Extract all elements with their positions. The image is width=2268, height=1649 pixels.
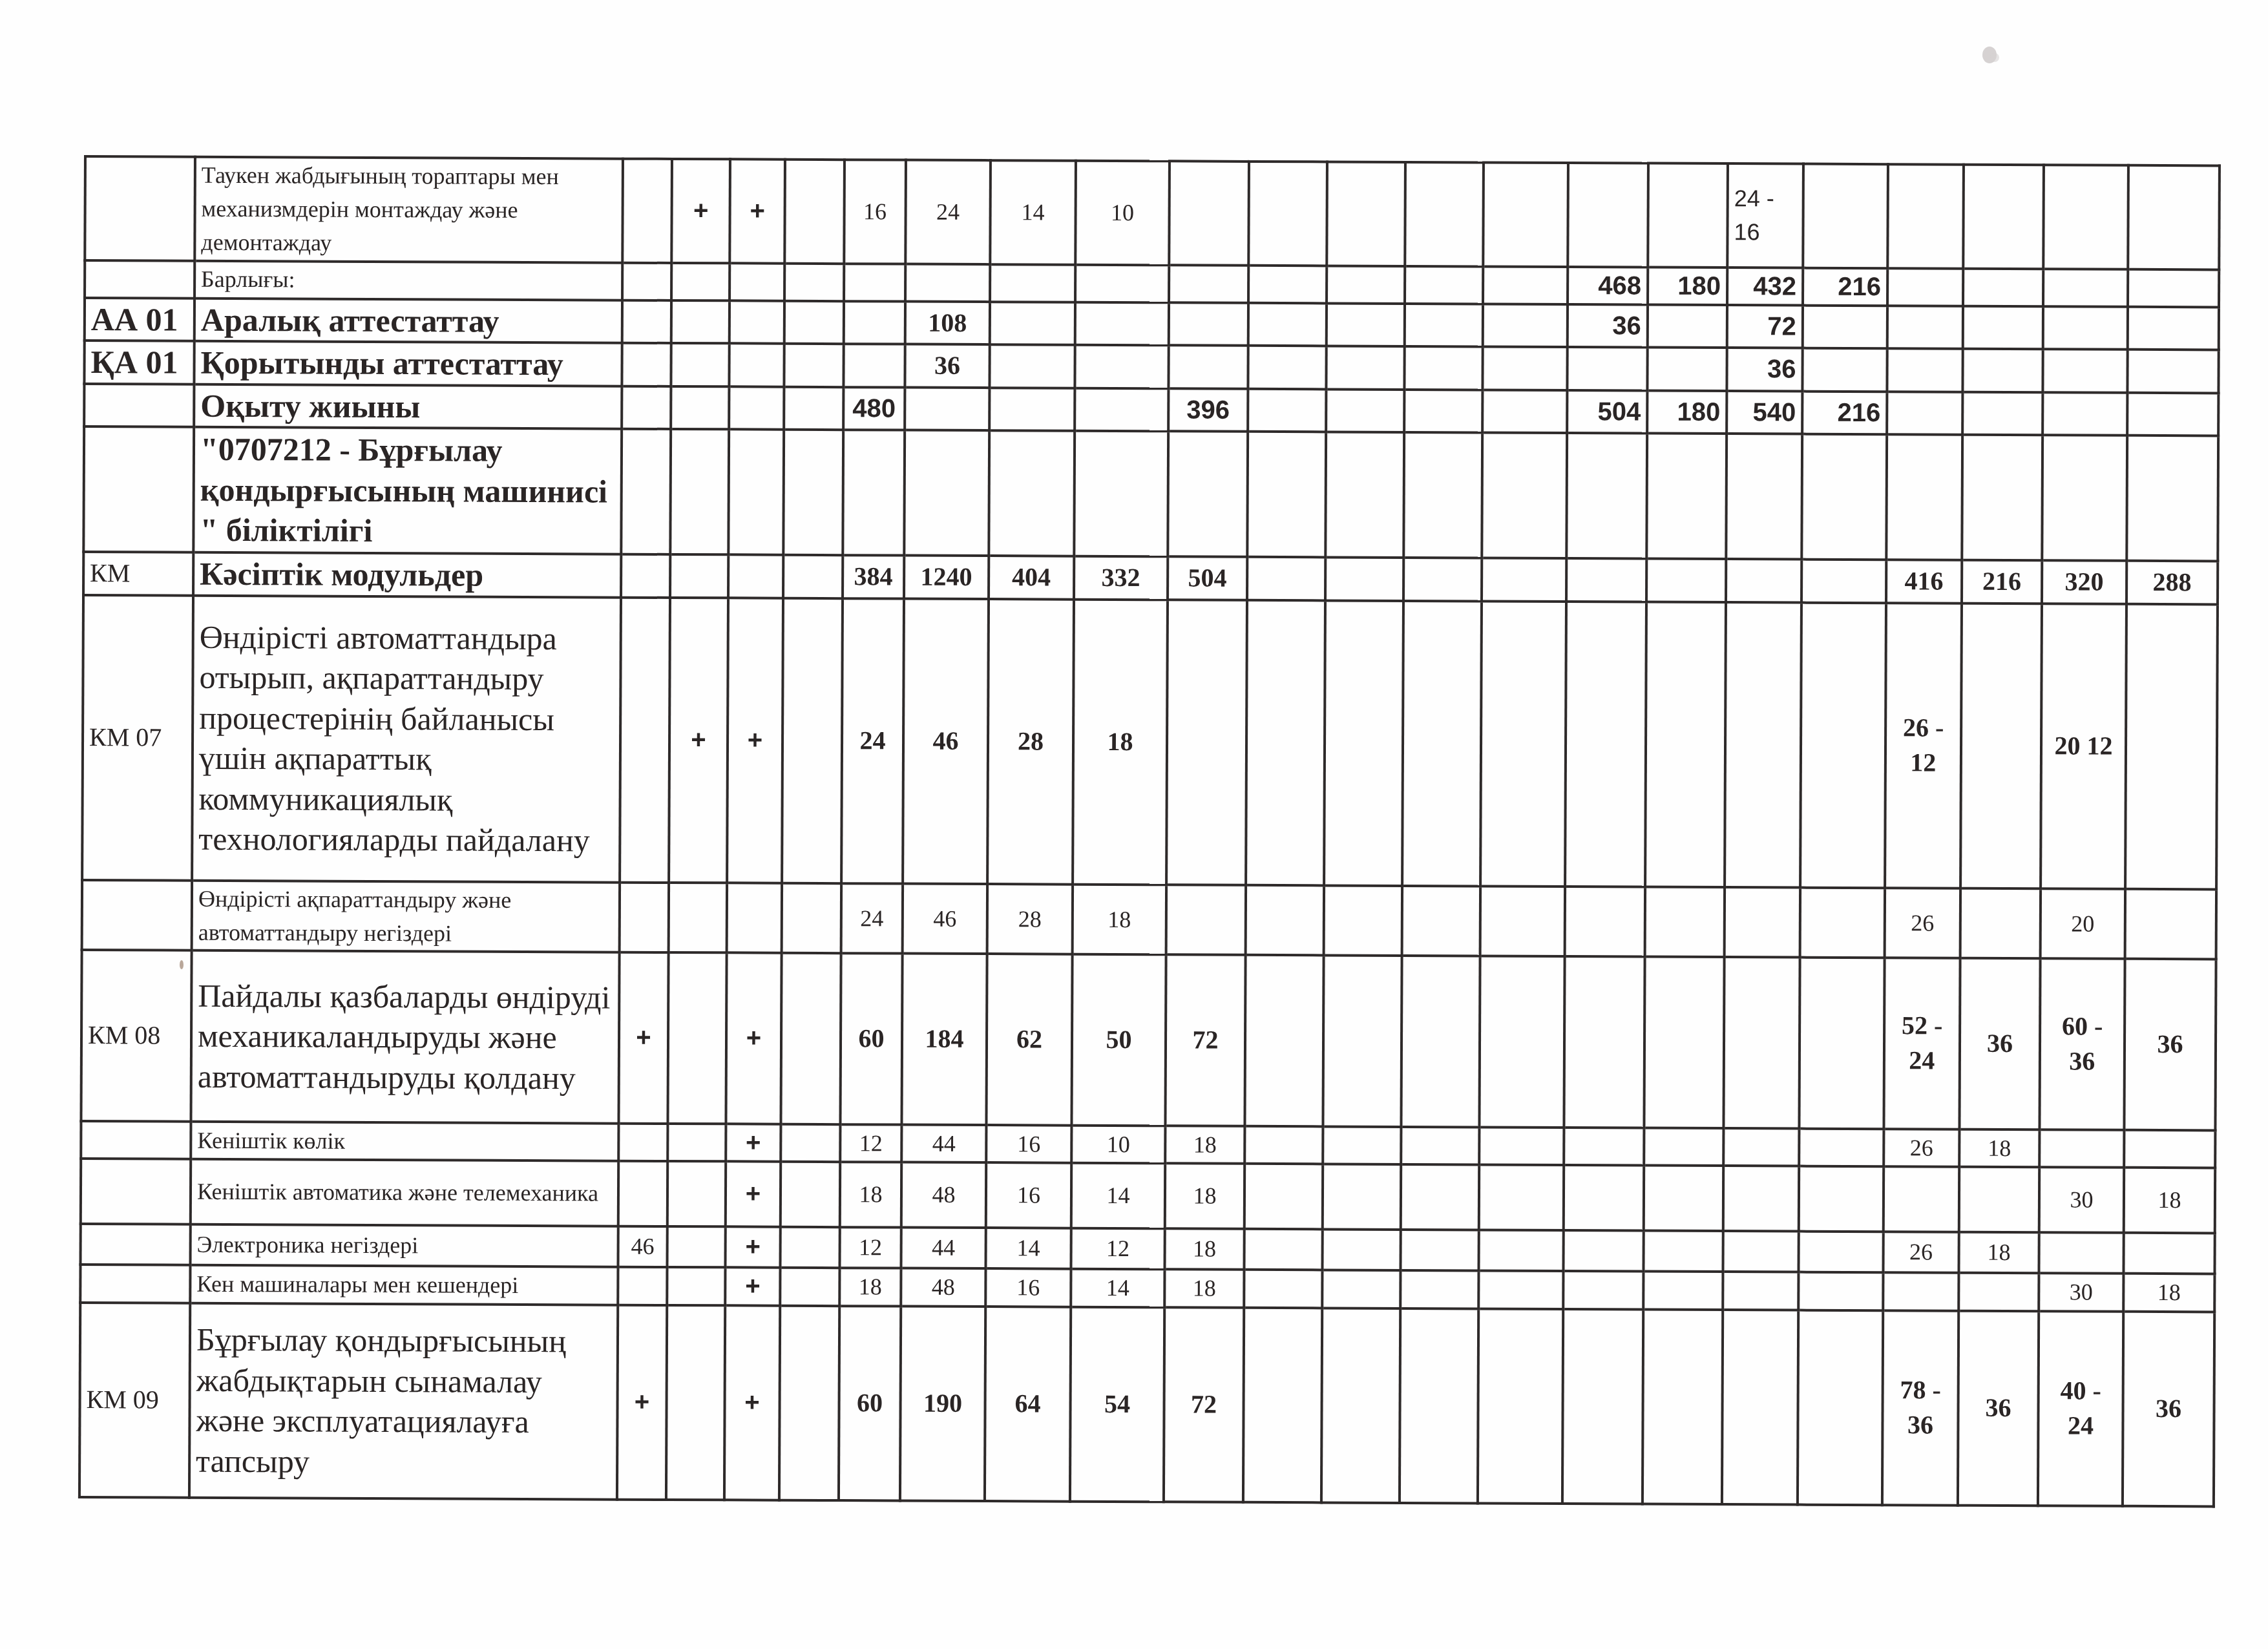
hours-cell <box>2125 888 2216 959</box>
module-name: Өндірісті ақпараттандыру және автоматтан… <box>192 880 620 952</box>
hours-cell <box>1565 887 1645 957</box>
hours-cell <box>1887 268 1963 306</box>
hours-cell <box>2125 604 2218 889</box>
hours-cell <box>2128 165 2220 269</box>
hours-cell <box>1801 560 1886 603</box>
hours-cell: 72 <box>1165 954 1245 1126</box>
hours-cell <box>622 386 671 429</box>
hours-cell <box>1646 434 1727 560</box>
hours-cell <box>1247 432 1326 558</box>
hours-cell <box>1563 1230 1643 1272</box>
hours-cell: 24 <box>841 598 904 883</box>
hours-cell <box>779 1306 839 1500</box>
hours-cell <box>729 386 784 430</box>
plus-mark-cell: + <box>726 1161 781 1226</box>
hours-cell: 10 <box>1075 161 1170 265</box>
hours-cell: 396 <box>1168 388 1248 432</box>
table-row: КМ 07Өндірісті автоматтандыра отырып, ақ… <box>82 595 2218 889</box>
hours-cell <box>1323 955 1402 1127</box>
hours-cell <box>1482 558 1566 602</box>
hours-cell <box>1323 1126 1401 1164</box>
hours-cell <box>1960 888 2041 958</box>
hours-cell <box>1248 265 1327 303</box>
hours-cell <box>782 883 841 953</box>
hours-cell: 404 <box>989 556 1074 599</box>
hours-cell <box>2126 436 2218 562</box>
hours-cell <box>621 429 671 554</box>
hours-cell: 18 <box>839 1268 901 1306</box>
module-name: Пайдалы қазбаларды өндіруді механикаланд… <box>191 951 619 1124</box>
plus-mark-cell: + <box>669 598 728 883</box>
plus-mark-cell: + <box>727 598 783 883</box>
hours-cell: 190 <box>900 1306 985 1501</box>
table-row: КМ 08Пайдалы қазбаларды өндіруді механик… <box>81 950 2216 1130</box>
hours-cell: 16 <box>986 1162 1071 1228</box>
table-row: Таукен жабдығының тораптары мен механизм… <box>85 156 2220 269</box>
hours-cell <box>844 264 905 301</box>
hours-cell <box>1402 885 1480 956</box>
table-row: Кеніштік автоматика және телемеханика+18… <box>81 1159 2215 1233</box>
hours-cell <box>1567 347 1647 390</box>
hours-cell <box>905 387 989 430</box>
hours-cell: 14 <box>990 160 1076 264</box>
hours-cell <box>1480 601 1566 887</box>
hours-cell <box>1405 266 1483 304</box>
hours-cell <box>1962 392 2042 435</box>
plus-mark-cell: + <box>725 1267 780 1305</box>
hours-cell: 26 <box>1883 1232 1958 1273</box>
hours-cell <box>1324 600 1403 886</box>
hours-cell <box>1887 392 1962 435</box>
plus-mark-cell: + <box>730 159 785 263</box>
hours-cell: 180 <box>1647 390 1727 434</box>
hours-cell: 16 <box>985 1268 1071 1307</box>
plus-mark-cell: + <box>618 952 668 1124</box>
hours-cell: 14 <box>1071 1163 1165 1229</box>
hours-cell: 24 <box>905 160 991 264</box>
hours-cell <box>1400 1230 1478 1271</box>
hours-cell <box>1800 887 1885 958</box>
hours-cell <box>728 554 783 598</box>
hours-cell: 180 <box>1648 267 1727 305</box>
hours-cell: 12 <box>840 1124 901 1162</box>
hours-cell: 384 <box>843 555 904 598</box>
hours-cell <box>989 344 1075 388</box>
hours-cell <box>1248 162 1327 266</box>
module-name: Кәсіптік модульдер <box>193 552 621 597</box>
hours-cell <box>1645 887 1725 957</box>
hours-cell <box>1169 265 1248 303</box>
hours-cell <box>1402 600 1482 886</box>
hours-cell <box>1644 1128 1723 1166</box>
hours-cell <box>1802 348 1887 392</box>
hours-cell <box>666 1305 725 1500</box>
hours-cell <box>1479 1127 1564 1165</box>
hours-cell <box>1075 388 1168 431</box>
hours-cell <box>1244 1164 1323 1230</box>
hours-cell <box>1166 885 1246 955</box>
module-code: КМ <box>83 552 193 595</box>
hours-cell: 36 <box>1727 348 1802 391</box>
hours-cell <box>781 953 841 1124</box>
hours-cell <box>1403 432 1482 558</box>
hours-cell <box>730 300 784 344</box>
hours-cell <box>1244 1229 1322 1270</box>
hours-cell <box>1482 433 1567 559</box>
hours-cell <box>1962 435 2042 561</box>
hours-cell <box>671 343 729 386</box>
hours-cell <box>1648 304 1727 348</box>
module-code: КМ 07 <box>82 595 193 881</box>
hours-cell <box>1723 1166 1799 1232</box>
plus-mark-cell: + <box>725 1226 780 1267</box>
hours-cell: 18 <box>840 1162 901 1227</box>
hours-cell <box>1075 264 1169 302</box>
hours-cell <box>1963 306 2043 349</box>
hours-cell <box>1648 163 1728 268</box>
hours-cell <box>618 1124 667 1161</box>
hours-cell: 14 <box>985 1228 1071 1269</box>
hours-cell <box>1644 956 1724 1128</box>
hours-cell: 36 <box>905 344 989 388</box>
hours-cell: 36 <box>2123 1312 2214 1507</box>
hours-cell <box>1168 345 1248 388</box>
hours-cell: 1240 <box>904 556 989 599</box>
hours-cell <box>1723 957 1800 1129</box>
hours-cell: 36 <box>1958 1311 2039 1506</box>
module-name: Бұрғылау қондырғысының жабдықтарын сынам… <box>189 1303 618 1500</box>
hours-cell <box>1247 557 1325 600</box>
hours-cell <box>1483 266 1568 304</box>
hours-cell <box>1403 558 1482 601</box>
module-code <box>83 426 194 552</box>
hours-cell: 108 <box>905 301 990 344</box>
hours-cell: 18 <box>1164 1228 1244 1270</box>
hours-cell: 18 <box>1073 599 1168 885</box>
hours-cell <box>622 159 672 263</box>
hours-cell <box>1322 1229 1400 1270</box>
hours-cell <box>1962 349 2042 392</box>
hours-cell <box>2042 435 2127 561</box>
hours-cell <box>667 1124 726 1161</box>
plus-mark-cell: + <box>724 1305 780 1500</box>
module-code <box>82 880 192 951</box>
hours-cell <box>2043 306 2128 350</box>
hours-cell: 46 <box>903 598 989 884</box>
hours-cell: 504 <box>1567 390 1647 434</box>
module-name: Қорытынды аттестаттау <box>194 341 622 386</box>
hours-cell: 26 <box>1884 1129 1959 1167</box>
hours-cell <box>1887 164 1964 268</box>
module-name: "0707212 - Бұрғылау қондырғысының машини… <box>193 427 622 554</box>
hours-cell <box>781 1124 840 1162</box>
hours-cell <box>1725 602 1801 888</box>
hours-cell <box>1800 602 1886 888</box>
module-code <box>85 156 195 260</box>
hours-cell: 64 <box>985 1307 1071 1502</box>
hours-cell <box>1074 431 1168 557</box>
hours-cell <box>1563 1271 1643 1310</box>
hours-cell: 18 <box>1164 1269 1244 1308</box>
hours-cell: 216 <box>1962 560 2042 604</box>
hours-cell: 60 <box>839 1306 901 1500</box>
hours-cell <box>1246 600 1325 885</box>
hours-cell <box>1562 1309 1643 1504</box>
hours-cell: 540 <box>1727 391 1802 434</box>
hours-cell: 60 <box>840 953 902 1124</box>
plus-mark-cell: + <box>617 1305 667 1500</box>
hours-cell <box>1803 164 1888 268</box>
hours-cell <box>2127 392 2218 436</box>
hours-cell <box>620 597 670 882</box>
hours-cell <box>1404 346 1482 390</box>
hours-cell <box>990 302 1075 345</box>
hours-cell <box>1248 346 1326 389</box>
hours-cell <box>1168 431 1248 557</box>
hours-cell <box>1401 1127 1479 1165</box>
hours-cell <box>1327 162 1405 266</box>
hours-cell: 30 <box>2039 1273 2123 1312</box>
hours-cell <box>1643 1271 1723 1310</box>
table-row: "0707212 - Бұрғылау қондырғысының машини… <box>83 426 2218 561</box>
hours-cell <box>1643 1309 1723 1504</box>
module-code <box>80 1265 190 1303</box>
hours-cell <box>1565 602 1646 887</box>
hours-cell <box>622 300 671 343</box>
hours-cell: 18 <box>1073 884 1166 954</box>
hours-cell: 416 <box>1886 560 1962 603</box>
hours-cell <box>667 1267 725 1305</box>
hours-cell <box>1483 162 1568 266</box>
hours-cell <box>2128 306 2219 350</box>
hours-cell: 16 <box>844 160 906 264</box>
hours-cell <box>783 430 843 555</box>
hours-cell <box>1645 602 1726 887</box>
module-name: Электроника негіздері <box>191 1224 618 1267</box>
hours-cell <box>671 263 730 300</box>
hours-cell: 30 <box>2039 1167 2124 1233</box>
hours-cell <box>1963 268 2043 306</box>
hours-cell <box>2124 1130 2215 1168</box>
hours-cell: 10 <box>1071 1126 1165 1164</box>
hours-cell <box>670 554 728 598</box>
module-name: Өндірісті автоматтандыра отырып, ақпарат… <box>192 595 621 882</box>
hours-cell <box>727 883 782 953</box>
hours-cell: 78 - 36 <box>1882 1310 1958 1506</box>
hours-cell: 320 <box>2042 560 2126 604</box>
hours-cell <box>1564 1165 1644 1231</box>
hours-cell: 468 <box>1568 267 1648 305</box>
hours-cell <box>1405 162 1484 266</box>
scan-speck <box>1990 53 1999 62</box>
hours-cell <box>1243 1308 1322 1503</box>
hours-cell: 24 - 16 <box>1727 163 1803 268</box>
hours-cell: 16 <box>986 1125 1071 1163</box>
hours-cell: 504 <box>1168 556 1247 600</box>
hours-cell <box>667 1161 726 1226</box>
hours-cell: 28 <box>987 599 1074 885</box>
module-name: Оқыту жиыны <box>194 384 622 428</box>
hours-cell <box>1244 955 1323 1127</box>
hours-cell <box>1322 1270 1400 1308</box>
hours-cell <box>1799 1129 1884 1167</box>
hours-cell: 24 <box>841 883 903 954</box>
hours-cell <box>1244 1126 1323 1164</box>
hours-cell <box>1169 161 1249 265</box>
hours-cell <box>1722 1310 1798 1505</box>
hours-cell <box>1400 1308 1478 1504</box>
hours-cell: 46 <box>903 883 987 954</box>
hours-cell <box>1646 559 1726 602</box>
hours-cell <box>1400 1270 1478 1309</box>
hours-cell <box>1564 1128 1644 1166</box>
hours-cell: 18 <box>1958 1232 2039 1274</box>
hours-cell <box>1958 1273 2039 1312</box>
hours-cell <box>1723 1128 1799 1166</box>
hours-cell <box>1959 1167 2039 1233</box>
hours-cell <box>1644 1165 1723 1231</box>
hours-cell <box>1482 347 1567 390</box>
hours-cell <box>622 262 671 300</box>
hours-cell: 36 <box>1959 958 2040 1130</box>
hours-cell <box>1725 887 1800 958</box>
hours-cell: 46 <box>618 1226 667 1267</box>
hours-cell <box>1483 304 1568 347</box>
hours-cell <box>1564 956 1644 1128</box>
hours-cell: 52 - 24 <box>1884 958 1960 1129</box>
hours-cell: 20 12 <box>2041 604 2126 889</box>
hours-cell <box>1887 348 1962 392</box>
module-name: Барлығы: <box>194 260 622 300</box>
module-name: Кеніштік көлік <box>191 1122 618 1161</box>
hours-cell <box>1647 348 1727 391</box>
hours-cell <box>784 160 845 264</box>
hours-cell <box>1327 266 1405 304</box>
hours-cell <box>1075 345 1168 388</box>
hours-cell <box>2039 1232 2123 1274</box>
hours-cell: 54 <box>1070 1307 1164 1502</box>
table-row: Өндірісті ақпараттандыру және автоматтан… <box>82 880 2216 960</box>
hours-cell <box>1886 434 1962 560</box>
hours-cell <box>1799 958 1884 1129</box>
hours-cell: 12 <box>1071 1228 1164 1270</box>
hours-cell: 44 <box>901 1227 985 1268</box>
hours-cell <box>618 1267 667 1305</box>
hours-cell <box>2123 1233 2214 1274</box>
hours-cell: 432 <box>1727 268 1803 306</box>
hours-cell <box>1325 432 1404 558</box>
hours-cell: 12 <box>839 1227 901 1268</box>
hours-cell: 48 <box>901 1268 985 1307</box>
module-code <box>84 384 194 427</box>
hours-cell: 60 - 36 <box>2039 958 2125 1130</box>
hours-cell <box>618 1161 667 1226</box>
module-code: КМ 08 <box>81 950 191 1122</box>
hours-cell <box>1479 1164 1564 1230</box>
hours-cell <box>1327 303 1405 346</box>
module-code <box>81 1224 191 1265</box>
hours-cell <box>1723 1231 1798 1272</box>
hours-cell <box>1798 1310 1883 1506</box>
hours-cell <box>2042 349 2127 392</box>
hours-cell: 18 <box>2124 1168 2215 1234</box>
hours-cell <box>1884 1166 1959 1232</box>
hours-cell: 216 <box>1802 391 1887 434</box>
hours-cell: 28 <box>987 884 1073 954</box>
hours-cell <box>843 430 905 555</box>
hours-cell <box>1248 388 1326 432</box>
hours-cell <box>904 430 989 556</box>
hours-cell <box>620 882 669 952</box>
hours-cell: 26 - 12 <box>1885 603 1962 888</box>
hours-cell <box>671 300 730 344</box>
module-code: ҚА 01 <box>84 341 194 384</box>
hours-cell <box>1723 1272 1798 1310</box>
module-name: Кен машиналары мен кешендері <box>190 1265 618 1305</box>
hours-cell: 288 <box>2126 561 2218 604</box>
hours-cell <box>905 264 990 302</box>
scanned-page: Таукен жабдығының тораптары мен механизм… <box>0 0 2268 1649</box>
hours-cell: 18 <box>2123 1274 2214 1312</box>
hours-cell <box>670 429 729 554</box>
module-name: Кеніштік автоматика және телемеханика <box>191 1159 618 1226</box>
table-row: КМ 09Бұрғылау қондырғысының жабдықтарын … <box>79 1303 2214 1506</box>
hours-cell <box>1244 1270 1322 1308</box>
hours-cell <box>730 263 784 300</box>
hours-cell: 18 <box>1165 1163 1244 1229</box>
hours-cell <box>1479 956 1564 1128</box>
hours-cell: 18 <box>1165 1126 1244 1164</box>
hours-cell <box>1169 302 1248 346</box>
hours-cell <box>1883 1272 1958 1311</box>
hours-cell <box>1166 600 1247 885</box>
hours-cell <box>1960 603 2042 888</box>
curriculum-table: Таукен жабдығының тораптары мен механизм… <box>78 155 2221 1507</box>
hours-cell <box>784 263 844 300</box>
hours-cell <box>2039 1129 2124 1168</box>
hours-cell <box>1404 389 1482 432</box>
hours-cell <box>671 386 729 430</box>
hours-cell <box>1801 434 1887 560</box>
hours-cell: 72 <box>1164 1307 1244 1502</box>
module-code: КМ 09 <box>79 1303 190 1498</box>
hours-cell <box>1478 1230 1563 1271</box>
hours-cell <box>1568 163 1648 267</box>
hours-cell <box>1478 1270 1563 1309</box>
hours-cell: 72 <box>1727 305 1803 348</box>
hours-cell <box>1726 434 1802 560</box>
hours-cell <box>622 343 671 386</box>
hours-cell <box>1326 389 1404 432</box>
hours-cell <box>669 883 727 953</box>
hours-cell <box>1321 1308 1400 1503</box>
hours-cell <box>2127 350 2218 393</box>
hours-cell: 26 <box>1885 888 1960 958</box>
hours-cell <box>989 388 1075 431</box>
hours-cell: 36 <box>2124 959 2216 1131</box>
hours-cell: 44 <box>901 1124 986 1162</box>
hours-cell <box>1324 885 1402 956</box>
hours-cell <box>1887 306 1963 349</box>
hours-cell <box>1246 885 1324 955</box>
hours-cell <box>784 300 844 344</box>
hours-cell <box>1401 956 1480 1128</box>
hours-cell <box>1643 1230 1723 1272</box>
hours-cell <box>1075 302 1169 345</box>
hours-cell <box>1326 346 1404 389</box>
hours-cell: 216 <box>1803 268 1887 306</box>
hours-cell <box>1401 1164 1479 1230</box>
